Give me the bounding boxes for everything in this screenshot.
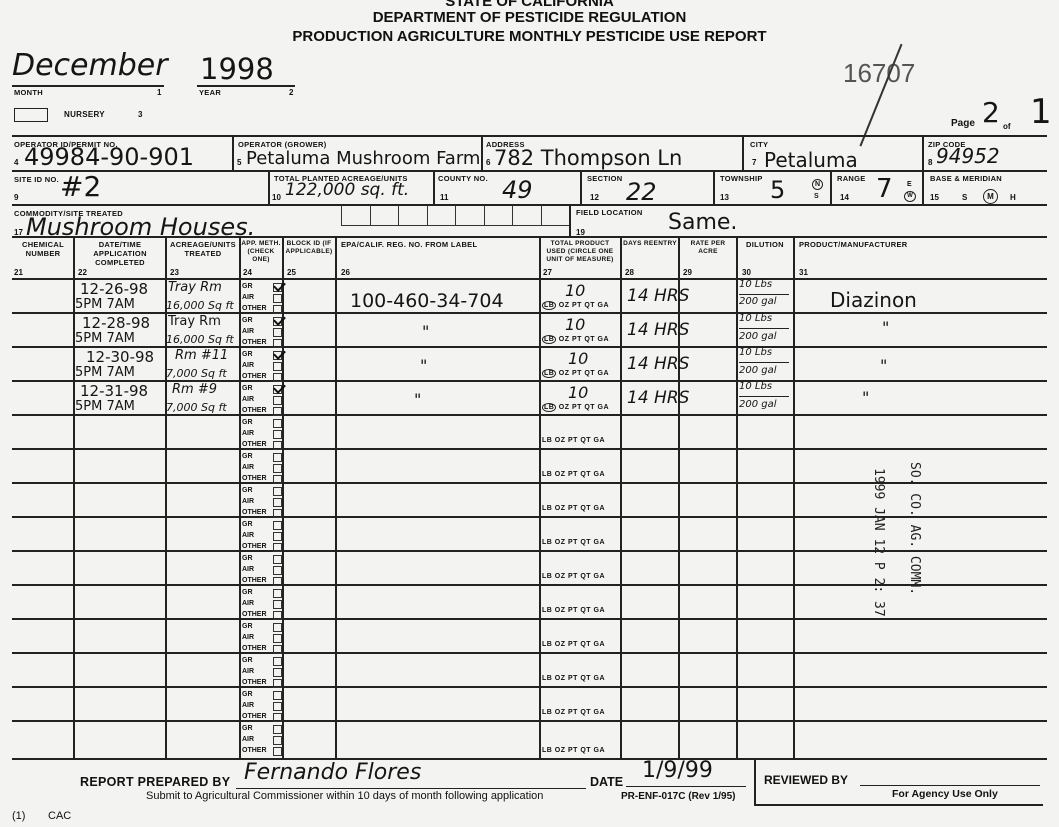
row4-acreage[interactable]: 7,000 Sq ft	[166, 401, 227, 414]
copy-number: (1)	[12, 810, 25, 822]
form-title-report: PRODUCTION AGRICULTURE MONTHLY PESTICIDE…	[0, 28, 1059, 45]
unit-options[interactable]: LB OZ PT QT GA	[542, 505, 605, 512]
received-stamp-line1: SO. CO. AG. COMM.	[907, 462, 922, 595]
col-total-product: Total Product Used (Circle One Unit of M…	[541, 240, 619, 264]
unit-options[interactable]: LB OZ PT QT GA	[542, 641, 605, 648]
row2-date[interactable]: 12-28-98	[82, 314, 150, 332]
unit-options[interactable]: LB OZ PT QT GA	[542, 607, 605, 614]
app-method-row-11[interactable]: GRAIROTHER	[242, 621, 282, 654]
row2-dilution-top[interactable]: 10 Lbs	[739, 313, 772, 324]
row4-dilution-top[interactable]: 10 Lbs	[739, 381, 772, 392]
date-value[interactable]: 1/9/99	[642, 758, 713, 783]
copy-destination: CAC	[48, 810, 71, 822]
app-method-row-8[interactable]: GRAIROTHER	[242, 519, 282, 552]
col-epa-reg-no: EPA/Calif. Reg. No. From Label	[341, 240, 477, 249]
unit-options[interactable]: LB OZ PT QT GA	[542, 675, 605, 682]
row3-total[interactable]: 10	[568, 349, 588, 368]
row1-date[interactable]: 12-26-98	[80, 280, 148, 298]
row3-date[interactable]: 12-30-98	[86, 348, 154, 366]
app-method-row-9[interactable]: GRAIROTHER	[242, 553, 282, 586]
site-id-value[interactable]: #2	[60, 170, 101, 203]
unit-options[interactable]: LB OZ PT QT GA	[542, 709, 605, 716]
address-value[interactable]: 782 Thompson Ln	[494, 146, 682, 170]
row4-product[interactable]: "	[862, 388, 869, 407]
row1-reentry[interactable]: 14 HRS	[627, 286, 689, 306]
gr-checkbox-checked	[273, 317, 282, 326]
reviewed-by-line[interactable]	[860, 785, 1040, 786]
row3-acreage[interactable]: 7,000 Sq ft	[166, 367, 227, 380]
row1-dilution-top[interactable]: 10 Lbs	[739, 279, 772, 290]
prepared-by-signature[interactable]: Fernando Flores	[244, 760, 421, 785]
row2-time[interactable]: 5PM 7AM	[75, 331, 135, 346]
row3-product[interactable]: "	[880, 356, 887, 375]
month-label: MONTH	[14, 88, 43, 97]
year-label: YEAR	[199, 88, 221, 97]
form-id: PR-ENF-017C (Rev 1/95)	[621, 791, 735, 802]
row1-area[interactable]: Tray Rm	[168, 280, 222, 295]
form-title-department: DEPARTMENT OF PESTICIDE REGULATION	[0, 9, 1059, 26]
grower-value[interactable]: Petaluma Mushroom Farm	[246, 148, 480, 169]
col-block-id: Block ID (If Applicable)	[283, 240, 335, 256]
date-label: DATE	[590, 775, 623, 789]
nursery-label: NURSERY	[64, 110, 105, 119]
row2-dilution-bottom[interactable]: 200 gal	[739, 331, 777, 342]
row2-area[interactable]: Tray Rm	[168, 314, 221, 329]
row2-units[interactable]: LB OZ PT QT GA	[542, 336, 609, 343]
col-date-time: Date/Time Application Completed	[76, 240, 164, 267]
section-label: Section	[587, 174, 622, 183]
month-value[interactable]: December	[12, 48, 168, 83]
row2-acreage[interactable]: 16,000 Sq ft	[166, 333, 234, 346]
prepared-by-label: REPORT PREPARED BY	[80, 775, 230, 789]
row1-epa-reg[interactable]: 100-460-34-704	[350, 290, 504, 312]
gr-checkbox-checked	[273, 283, 282, 292]
app-method-row-5[interactable]: GRAIROTHER	[242, 417, 282, 450]
app-method-row-13[interactable]: GRAIROTHER	[242, 689, 282, 722]
row3-epa-reg[interactable]: "	[420, 356, 427, 375]
row4-epa-reg[interactable]: "	[414, 390, 421, 409]
app-method-row-6[interactable]: GRAIROTHER	[242, 451, 282, 484]
row2-product[interactable]: "	[882, 318, 889, 337]
county-value[interactable]: 49	[502, 176, 533, 204]
row1-total[interactable]: 10	[565, 281, 585, 300]
row4-total[interactable]: 10	[568, 383, 588, 402]
app-method-row-12[interactable]: GRAIROTHER	[242, 655, 282, 688]
township-north-circled[interactable]: N	[812, 179, 823, 190]
page-label: Page	[951, 118, 975, 129]
app-method-row-14[interactable]: GRAIROTHER	[242, 723, 282, 756]
col-product-manufacturer: Product/Manufacturer	[799, 240, 908, 249]
operator-id-value[interactable]: 49984-90-901	[24, 143, 194, 171]
range-label: Range	[837, 174, 866, 183]
nursery-checkbox[interactable]	[14, 108, 48, 122]
row2-total[interactable]: 10	[565, 315, 585, 334]
col-rate-per-acre: Rate Per Acre	[680, 240, 736, 256]
app-method-row-1[interactable]: GRAIROTHER	[242, 281, 282, 314]
unit-options[interactable]: LB OZ PT QT GA	[542, 471, 605, 478]
year-value[interactable]: 1998	[200, 52, 274, 86]
page-total[interactable]: 1	[1030, 92, 1052, 132]
row3-units[interactable]: LB OZ PT QT GA	[542, 370, 609, 377]
row4-date[interactable]: 12-31-98	[80, 382, 148, 400]
row4-units[interactable]: LB OZ PT QT GA	[542, 404, 609, 411]
range-west-circled[interactable]: W	[904, 191, 916, 202]
row3-time[interactable]: 5PM 7AM	[75, 365, 135, 380]
col-acreage-treated: Acreage/Units Treated	[167, 240, 239, 258]
row1-dilution-bottom[interactable]: 200 gal	[739, 296, 777, 307]
page-number[interactable]: 2	[982, 96, 1000, 129]
city-value[interactable]: Petaluma	[764, 148, 858, 172]
app-method-row-7[interactable]: GRAIROTHER	[242, 485, 282, 518]
file-stamp-number: 16707	[843, 58, 915, 89]
submit-note: Submit to Agricultural Commissioner with…	[146, 790, 543, 802]
gr-checkbox-checked	[273, 385, 282, 394]
field-location-value[interactable]: Same.	[668, 210, 737, 235]
row3-reentry[interactable]: 14 HRS	[627, 354, 689, 374]
row1-units[interactable]: LB OZ PT QT GA	[542, 302, 609, 309]
app-method-row-4[interactable]: GRAIROTHER	[242, 383, 282, 416]
meridian-m-circled[interactable]: M	[983, 189, 998, 204]
reviewed-by-label: REVIEWED BY	[764, 773, 848, 787]
row1-time[interactable]: 5PM 7AM	[75, 297, 135, 312]
col-dilution: Dilution	[746, 240, 784, 249]
township-value[interactable]: 5	[770, 176, 785, 204]
unit-options[interactable]: LB OZ PT QT GA	[542, 539, 605, 546]
col-chemical-number: Chemical Number	[14, 240, 72, 258]
row1-acreage[interactable]: 16,000 Sq ft	[166, 299, 234, 312]
row3-dilution-bottom[interactable]: 200 gal	[739, 365, 777, 376]
base-meridian-label: Base & Meridian	[930, 174, 1002, 183]
range-value[interactable]: 7	[876, 174, 893, 204]
row4-reentry[interactable]: 14 HRS	[627, 388, 689, 408]
county-label: County No.	[438, 174, 488, 183]
gr-checkbox-checked	[273, 351, 282, 360]
row2-epa-reg[interactable]: "	[422, 322, 429, 341]
section-value[interactable]: 22	[626, 178, 657, 206]
unit-options[interactable]: LB OZ PT QT GA	[542, 437, 605, 444]
row1-product[interactable]: Diazinon	[830, 288, 917, 312]
row4-time[interactable]: 5PM 7AM	[75, 399, 135, 414]
township-label: Township	[720, 174, 763, 183]
agency-use-note: For Agency Use Only	[892, 788, 998, 800]
col-days-reentry: Days Reentry	[622, 240, 678, 248]
col-app-method: App. Meth. (Check One)	[240, 240, 282, 264]
unit-options[interactable]: LB OZ PT QT GA	[542, 747, 605, 754]
received-stamp-line2: 1999 JAN 12 P 2: 37	[871, 468, 886, 617]
row3-area[interactable]: Rm #11	[175, 348, 228, 363]
row2-reentry[interactable]: 14 HRS	[627, 320, 689, 340]
row3-dilution-top[interactable]: 10 Lbs	[739, 347, 772, 358]
site-code-boxes	[341, 205, 570, 226]
field-location-label: Field Location	[576, 208, 643, 217]
row4-dilution-bottom[interactable]: 200 gal	[739, 399, 777, 410]
acreage-value[interactable]: 122,000 sq. ft.	[285, 180, 409, 200]
app-method-row-2[interactable]: GRAIROTHER	[242, 315, 282, 348]
unit-options[interactable]: LB OZ PT QT GA	[542, 573, 605, 580]
app-method-row-10[interactable]: GRAIROTHER	[242, 587, 282, 620]
site-id-label: Site ID No.	[14, 175, 59, 184]
zip-value[interactable]: 94952	[936, 144, 1000, 168]
row4-area[interactable]: Rm #9	[172, 382, 217, 397]
app-method-row-3[interactable]: GRAIROTHER	[242, 349, 282, 382]
